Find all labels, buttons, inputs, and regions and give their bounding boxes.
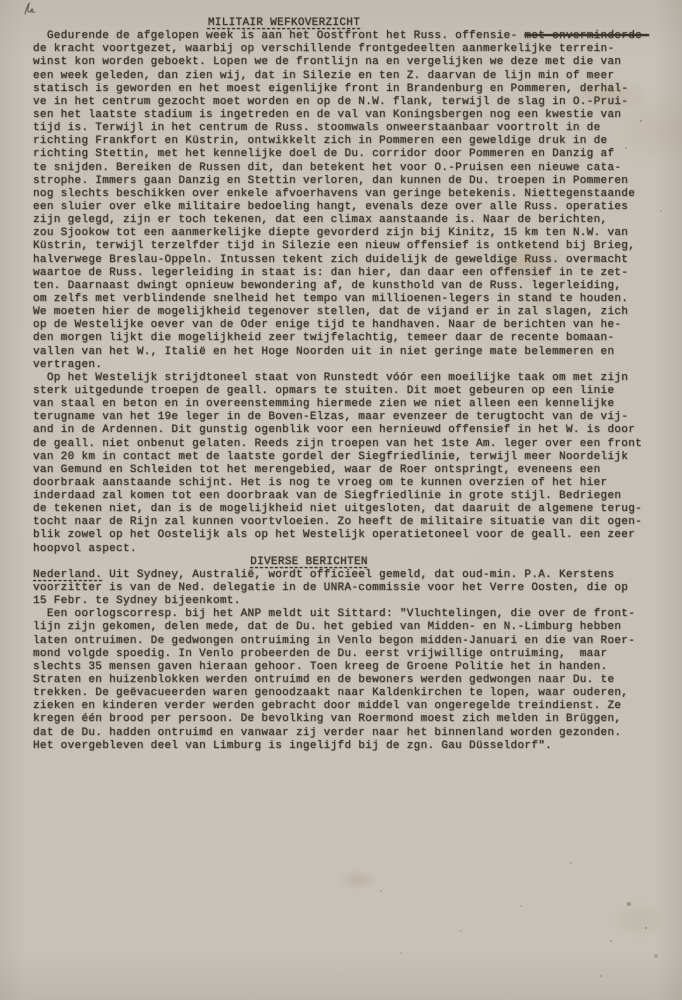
text-line: Straten en huizenblokken werden ontruimd… <box>33 674 665 687</box>
text-line: halverwege Breslau-Oppeln. Intussen teke… <box>33 254 665 267</box>
text-line: van 20 km in contact met de laatste gord… <box>33 451 665 464</box>
text-line: kregen één brood per persoon. De bevolki… <box>33 713 665 726</box>
text-line: We moeten hier de mogelijkheid tegenover… <box>33 306 665 319</box>
text-line: vallen van het W., Italië en het Hoge No… <box>33 346 665 359</box>
text-line: Een oorlogscorresp. bij het ANP meldt ui… <box>33 608 665 621</box>
document-text: MILITAIR WEFKOVERZICHT Gedurende de afge… <box>33 17 665 753</box>
text-line: Het overgebleven deel van Limburg is ing… <box>33 740 665 753</box>
paper-stains <box>0 0 2 2</box>
text-line: voorzitter is van de Ned. delegatie in d… <box>33 582 665 595</box>
text-line: sen het laatste stadium is ingetreden en… <box>33 109 665 122</box>
text-line: tocht naar de Rijn zal kunnen voortvloei… <box>33 516 665 529</box>
text-line: een week geleden, dan zien wij, dat in S… <box>33 70 665 83</box>
text-line: een sluier over elke militaire bedoeling… <box>33 201 665 214</box>
text-line: blik zowel op het Oostelijk als op het W… <box>33 529 665 542</box>
text-line: vertragen. <box>33 359 665 372</box>
text-line: slechts 35 mensen gaven hieraan gehoor. … <box>33 661 665 674</box>
text-line: dat de Du. hadden ontruimd en vanwaar zi… <box>33 727 665 740</box>
text-line: om zelfs met verblindende snelheid het t… <box>33 293 665 306</box>
text-line: richting Frankfort en Küstrin, ontwikkel… <box>33 135 665 148</box>
text-line: mond volgde spoedig. In Venlo probeerden… <box>33 648 665 661</box>
text-line: op de Westelijke oever van de Oder enige… <box>33 319 665 332</box>
text-line: zijn gelegd, zijn er toch tekenen, dat e… <box>33 214 665 227</box>
text-line: waartoe de Russ. legerleiding in staat i… <box>33 267 665 280</box>
text-line: den morgen lijkt die mogelijkheid zeer t… <box>33 332 665 345</box>
text-line: ten. Daarnaast dwingt opnieuw bewonderin… <box>33 280 665 293</box>
text-line: winst kon worden geboekt. Lopen we de fr… <box>33 56 665 69</box>
text-line: zieken en kinderen verder werden gebrach… <box>33 700 665 713</box>
text-line: hoopvol aspect. <box>33 543 665 556</box>
text-line: Op het Westelijk strijdtoneel staat von … <box>33 372 665 385</box>
text-line: MILITAIR WEFKOVERZICHT <box>33 17 665 30</box>
text-line: Küstrin, terwijl terzelfder tijd in Sile… <box>33 240 665 253</box>
text-line: strophe. Immers gaan Danzig en Stettin v… <box>33 175 665 188</box>
text-line: richting Stettin, met het kennelijke doe… <box>33 148 665 161</box>
text-line: and in de Ardennen. Dit gunstig ogenblik… <box>33 424 665 437</box>
text-line: de tekenen niet, dan is de mogelijkheid … <box>33 503 665 516</box>
text-line: DIVERSE BERICHTEN <box>33 556 665 569</box>
text-line: statisch is geworden en het moest eigenl… <box>33 83 665 96</box>
text-line: laten ontruimen. De gedwongen ontruiming… <box>33 635 665 648</box>
text-line: trekken. De geëvacueerden waren genoodza… <box>33 687 665 700</box>
text-line: doorbraak aanstaande schijnt. Het is nog… <box>33 477 665 490</box>
text-line: 15 Febr. te Sydney bijeenkomt. <box>33 595 665 608</box>
text-line: inderdaad zal komen tot een doorbraak va… <box>33 490 665 503</box>
text-line: nog slechts beschikken over enkele afvoe… <box>33 188 665 201</box>
handwritten-mark <box>20 0 42 18</box>
text-line: ve in het centrum gezocht moet worden en… <box>33 96 665 109</box>
text-line: lijn zijn gekomen, delen mede, dat de Du… <box>33 621 665 634</box>
text-line: Nederland. Uit Sydney, Australië, wordt … <box>33 569 665 582</box>
text-line: de kracht voortgezet, waarbij op verschi… <box>33 43 665 56</box>
document-page: MILITAIR WEFKOVERZICHT Gedurende de afge… <box>0 0 682 1000</box>
text-line: te snijden. Bereiken de Russen dit, dan … <box>33 162 665 175</box>
text-line: terugname van het 19e leger in de Boven-… <box>33 411 665 424</box>
text-line: de geall. niet onbenut gelaten. Reeds zi… <box>33 438 665 451</box>
text-line: van staal en beton en in overeenstemming… <box>33 398 665 411</box>
text-line: Gedurende de afgelopen week is aan het O… <box>33 30 665 43</box>
text-line: van Gemund en Schleiden tot het merengeb… <box>33 464 665 477</box>
text-line: tijd is. Terwijl in het centrum de Russ.… <box>33 122 665 135</box>
text-line: zou Sjookow tot een aanmerkelijke diepte… <box>33 227 665 240</box>
text-line: sterk uitgedunde troepen de geall. opmar… <box>33 385 665 398</box>
